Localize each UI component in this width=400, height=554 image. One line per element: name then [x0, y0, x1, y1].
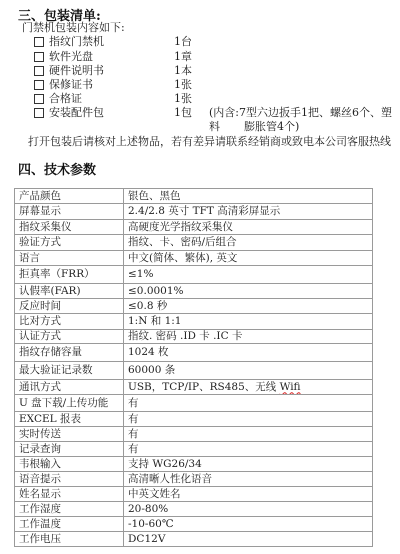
spec-key: U 盘下载/上传功能 [15, 395, 124, 412]
packing-item: 硬件说明书 1本 [0, 64, 400, 78]
spec-value: 指纹. 密码 .ID 卡 .IC 卡 [124, 330, 373, 344]
spec-row: 实时传送有 [15, 427, 373, 442]
spec-value: 有 [124, 395, 373, 412]
spec-value: -10-60℃ [124, 517, 373, 532]
spec-row: 验证方式指纹、卡、密码/后组合 [15, 235, 373, 251]
spec-value: ≤0.8 秒 [124, 299, 373, 314]
spec-value: ≤1% [124, 266, 373, 284]
spec-row: 工作电压DC12V [15, 532, 373, 547]
spec-key: 姓名显示 [15, 487, 124, 502]
spec-value: DC12V [124, 532, 373, 547]
spec-row: 语音提示高清晰人性化语音 [15, 472, 373, 487]
spec-row: 反应时间≤0.8 秒 [15, 299, 373, 314]
packing-item-name: 保修证书 [49, 78, 93, 92]
spec-row: 认假率(FAR)≤0.0001% [15, 284, 373, 299]
packing-item-qty: 1包 [174, 106, 192, 120]
packing-item-name: 软件光盘 [49, 50, 93, 64]
spec-key: 反应时间 [15, 299, 124, 314]
packing-item: 安装配件包 1包 (内含:7型六边扳手1把、螺丝6个、塑料 [0, 106, 400, 120]
packing-item-qty: 1张 [174, 78, 192, 92]
packing-item-name: 安装配件包 [49, 106, 104, 120]
packing-item: 指纹门禁机 1台 [0, 35, 400, 49]
spec-row: 比对方式1:N 和 1:1 [15, 314, 373, 330]
spec-value: 有 [124, 427, 373, 442]
spec-value: 2.4/2.8 英寸 TFT 高清彩屏显示 [124, 204, 373, 220]
spec-value: 银色、黑色 [124, 189, 373, 204]
packing-item-name: 指纹门禁机 [49, 35, 104, 49]
packing-item-name: 合格证 [49, 92, 82, 106]
spec-key: 记录查询 [15, 442, 124, 457]
packing-item-name: 硬件说明书 [49, 64, 104, 78]
spec-key: 验证方式 [15, 235, 124, 251]
spec-key: 实时传送 [15, 427, 124, 442]
spec-key: 比对方式 [15, 314, 124, 330]
spec-row: 屏幕显示2.4/2.8 英寸 TFT 高清彩屏显示 [15, 204, 373, 220]
packing-item-note-cont: 膨胀管4个) [244, 120, 299, 134]
packing-item: 保修证书 1张 [0, 78, 400, 92]
spec-key: 通讯方式 [15, 380, 124, 395]
packing-item-qty: 1本 [174, 64, 192, 78]
spec-row: 姓名显示中英文姓名 [15, 487, 373, 502]
spec-key: 屏幕显示 [15, 204, 124, 220]
spec-row: 认证方式指纹. 密码 .ID 卡 .IC 卡 [15, 330, 373, 344]
packing-item-note-continuation: 膨胀管4个) [0, 120, 400, 134]
packing-item-qty: 1台 [174, 35, 192, 49]
spec-row: 工作湿度20-80% [15, 502, 373, 517]
checkbox-icon[interactable] [34, 80, 44, 90]
spec-row: 记录查询有 [15, 442, 373, 457]
packing-item: 软件光盘 1章 [0, 50, 400, 64]
spec-value: 中英文姓名 [124, 487, 373, 502]
spec-value: 高硬度光学指纹采集仪 [124, 220, 373, 235]
spec-key: 认证方式 [15, 330, 124, 344]
spec-row: EXCEL 报表有 [15, 412, 373, 427]
spec-key: 指纹采集仪 [15, 220, 124, 235]
checkbox-icon[interactable] [34, 37, 44, 47]
spec-key: 拒真率（FRR） [15, 266, 124, 284]
spec-key: 产品颜色 [15, 189, 124, 204]
packing-item: 合格证 1张 [0, 92, 400, 106]
spec-value: 指纹、卡、密码/后组合 [124, 235, 373, 251]
spec-row: 指纹采集仪高硬度光学指纹采集仪 [15, 220, 373, 235]
spec-value: 1:N 和 1:1 [124, 314, 373, 330]
checkbox-icon[interactable] [34, 94, 44, 104]
packing-item-qty: 1张 [174, 92, 192, 106]
spec-row: 语言中文(简体、繁体), 英文 [15, 251, 373, 266]
spec-value: USB，TCP/IP、RS485、无线 Wifi [124, 380, 373, 395]
checkbox-icon[interactable] [34, 52, 44, 62]
spec-key: 指纹存储容量 [15, 344, 124, 362]
spec-row: 拒真率（FRR）≤1% [15, 266, 373, 284]
spec-value: ≤0.0001% [124, 284, 373, 299]
spec-row: 指纹存储容量1024 枚 [15, 344, 373, 362]
spec-key: 认假率(FAR) [15, 284, 124, 299]
spec-row: 工作温度-10-60℃ [15, 517, 373, 532]
spec-row: 韦根输入支持 WG26/34 [15, 457, 373, 472]
specs-table: 产品颜色银色、黑色屏幕显示2.4/2.8 英寸 TFT 高清彩屏显示指纹采集仪高… [14, 188, 373, 547]
spec-value: 有 [124, 412, 373, 427]
spellcheck-mark: Wifi [280, 381, 301, 393]
spec-value: 20-80% [124, 502, 373, 517]
spec-value: 高清晰人性化语音 [124, 472, 373, 487]
spec-value: 1024 枚 [124, 344, 373, 362]
spec-key: 语言 [15, 251, 124, 266]
spec-key: 工作湿度 [15, 502, 124, 517]
checkbox-icon[interactable] [34, 66, 44, 76]
spec-value: 60000 条 [124, 362, 373, 380]
spec-value: 支持 WG26/34 [124, 457, 373, 472]
packing-intro: 门禁机包装内容如下: [22, 21, 125, 35]
specs-heading: 四、技术参数 [18, 159, 96, 178]
spec-row: 最大验证记录数60000 条 [15, 362, 373, 380]
spec-row: U 盘下载/上传功能有 [15, 395, 373, 412]
packing-item-qty: 1章 [174, 50, 192, 64]
spec-key: 语音提示 [15, 472, 124, 487]
spec-value: 中文(简体、繁体), 英文 [124, 251, 373, 266]
spec-key: 工作电压 [15, 532, 124, 547]
packing-footer-note: 打开包装后请核对上述物品，若有差异请联系经销商或致电本公司客服热线 [28, 135, 391, 149]
spec-key: 工作温度 [15, 517, 124, 532]
spec-row: 通讯方式USB，TCP/IP、RS485、无线 Wifi [15, 380, 373, 395]
spec-row: 产品颜色银色、黑色 [15, 189, 373, 204]
spec-key: EXCEL 报表 [15, 412, 124, 427]
spec-key: 韦根输入 [15, 457, 124, 472]
spec-value: 有 [124, 442, 373, 457]
spec-key: 最大验证记录数 [15, 362, 124, 380]
checkbox-icon[interactable] [34, 108, 44, 118]
